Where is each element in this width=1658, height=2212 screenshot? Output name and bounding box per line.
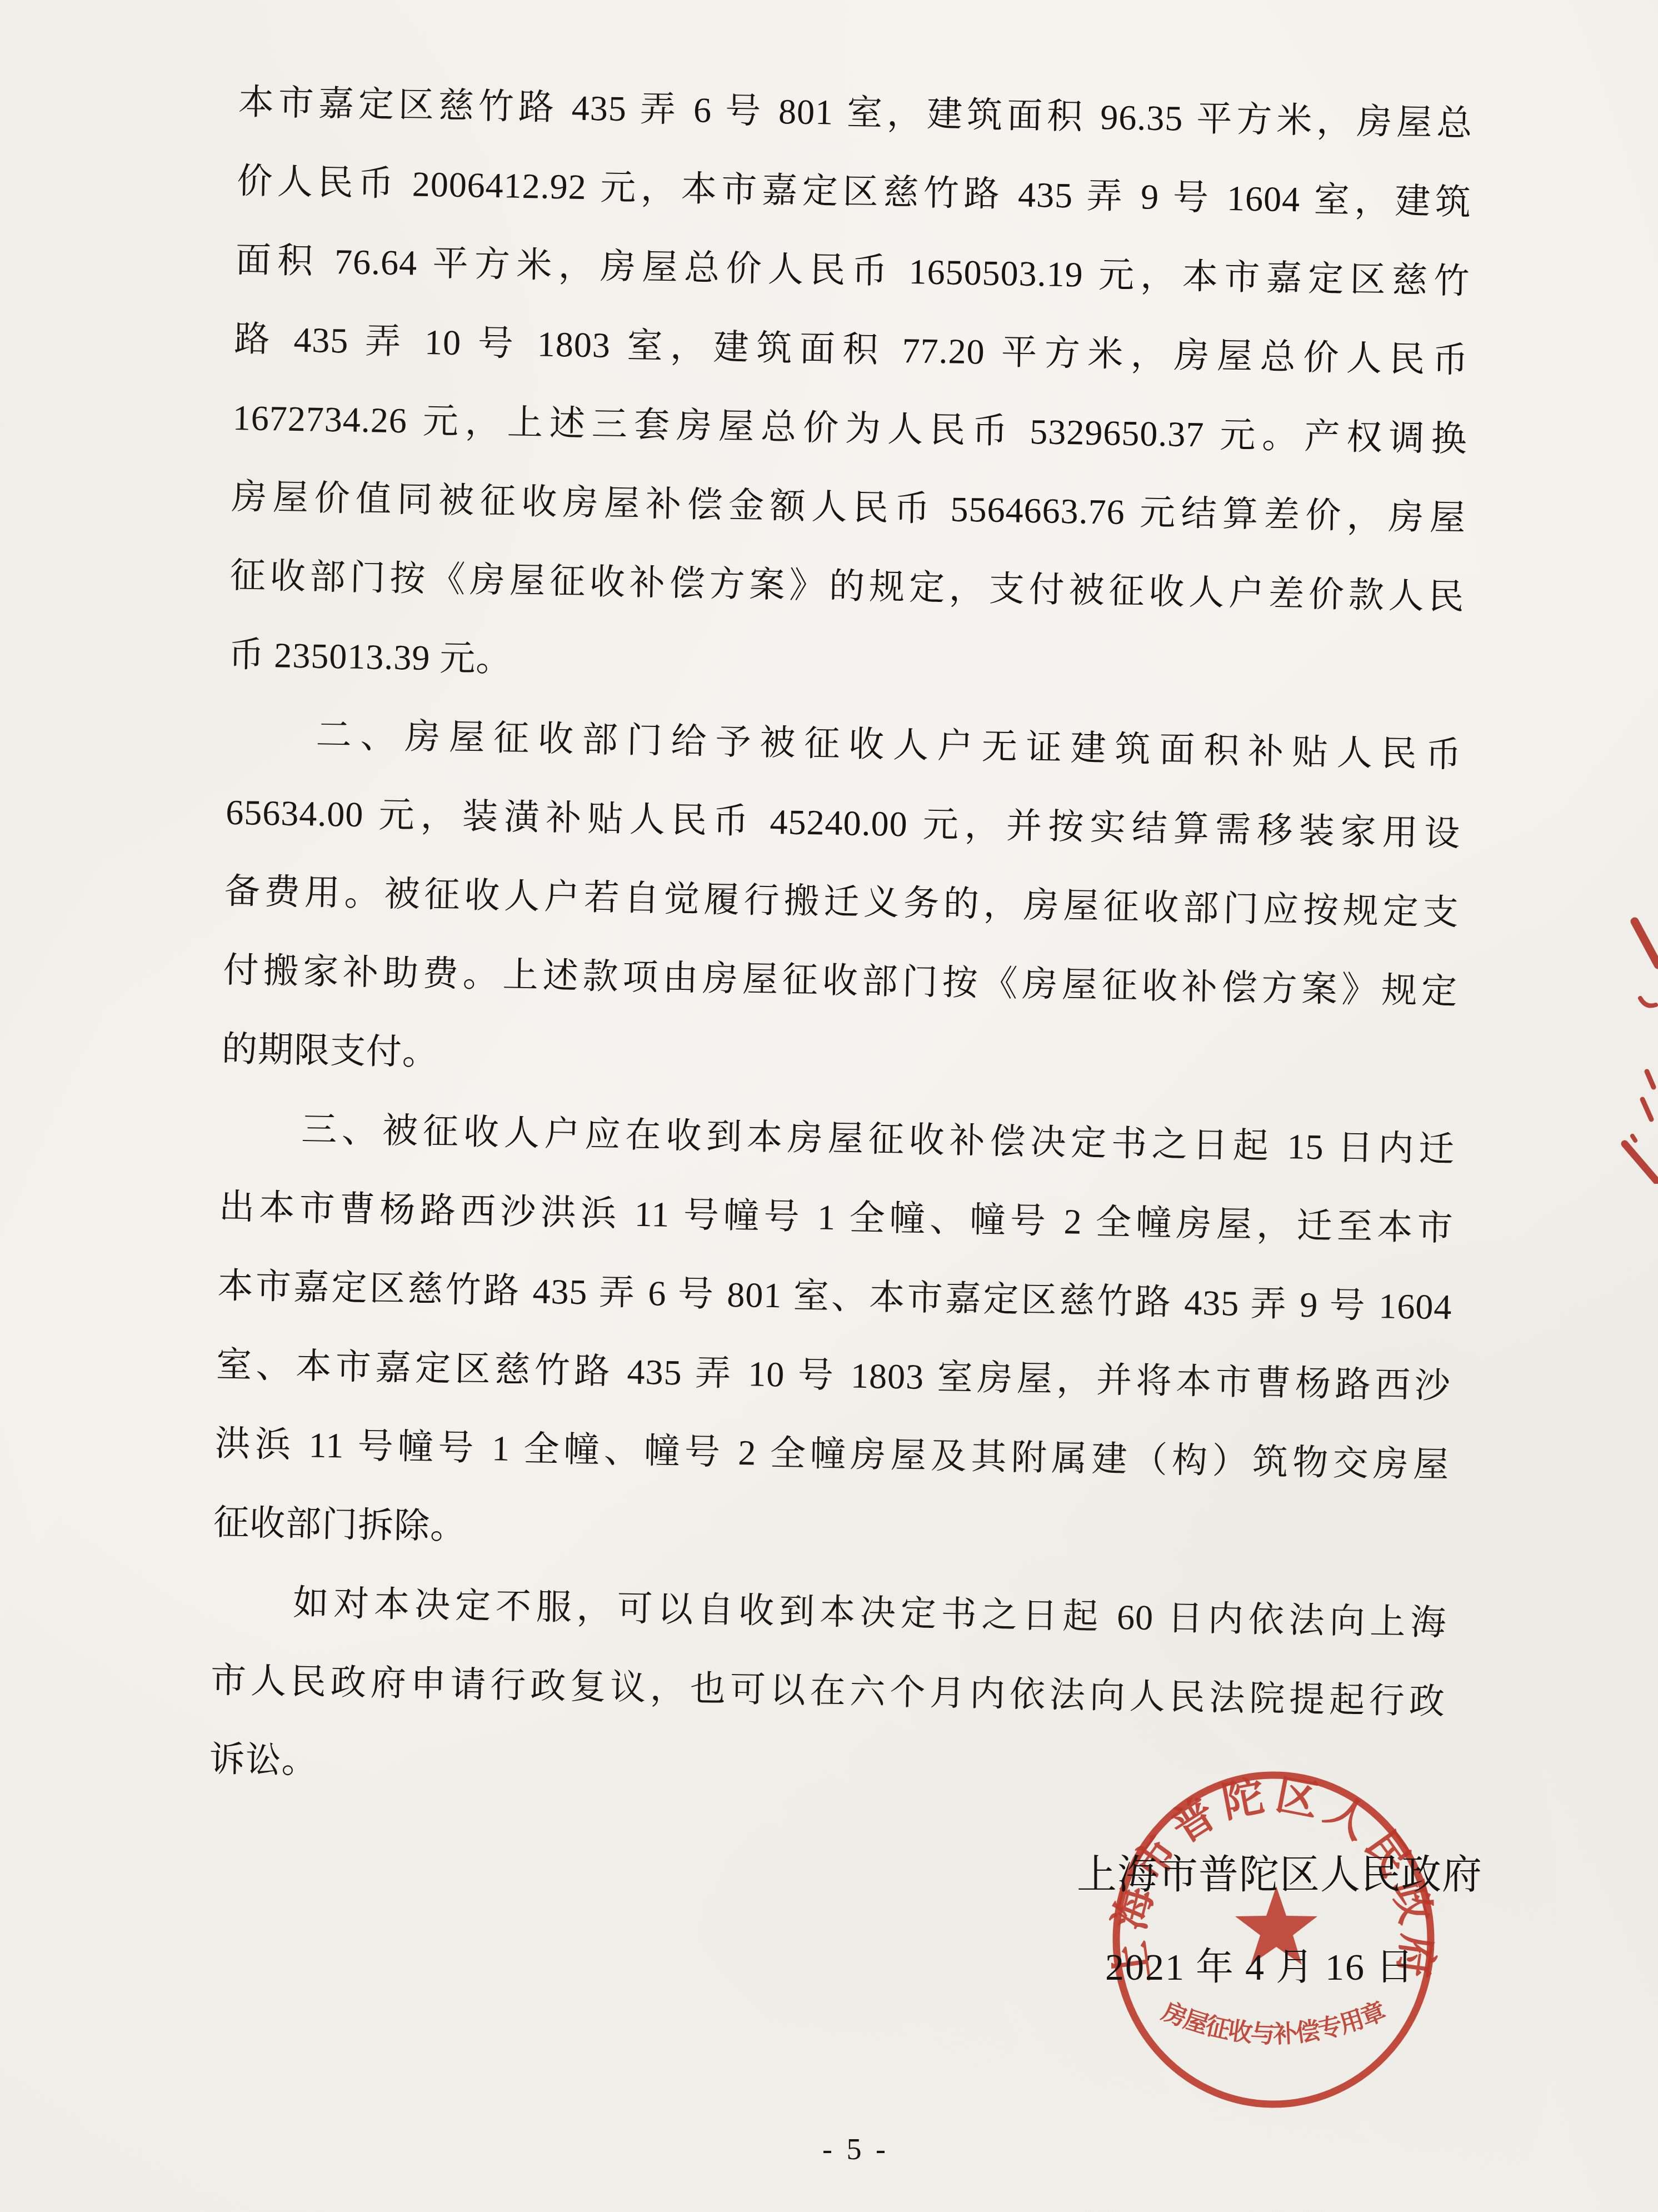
seal-bottom-text: 房屋征收与补偿专用章 [1158,1997,1390,2049]
signature-date: 2021 年 4 月 16 日 [1105,1944,1415,1990]
official-seal: 上海市普陀区人民政府 房屋征收与补偿专用章 [1104,1770,1443,2115]
page-number: - 5 - [800,2132,911,2166]
document-page: 本市嘉定区慈竹路 435 弄 6 号 801 室，建筑面积 96.35 平方米，… [0,0,1658,2212]
body-text: 本市嘉定区慈竹路 435 弄 6 号 801 室，建筑面积 96.35 平方米，… [208,63,1473,1820]
signature-issuer: 上海市普陀区人民政府 [1077,1851,1482,1899]
edge-stamp-fragment [1609,906,1658,1184]
